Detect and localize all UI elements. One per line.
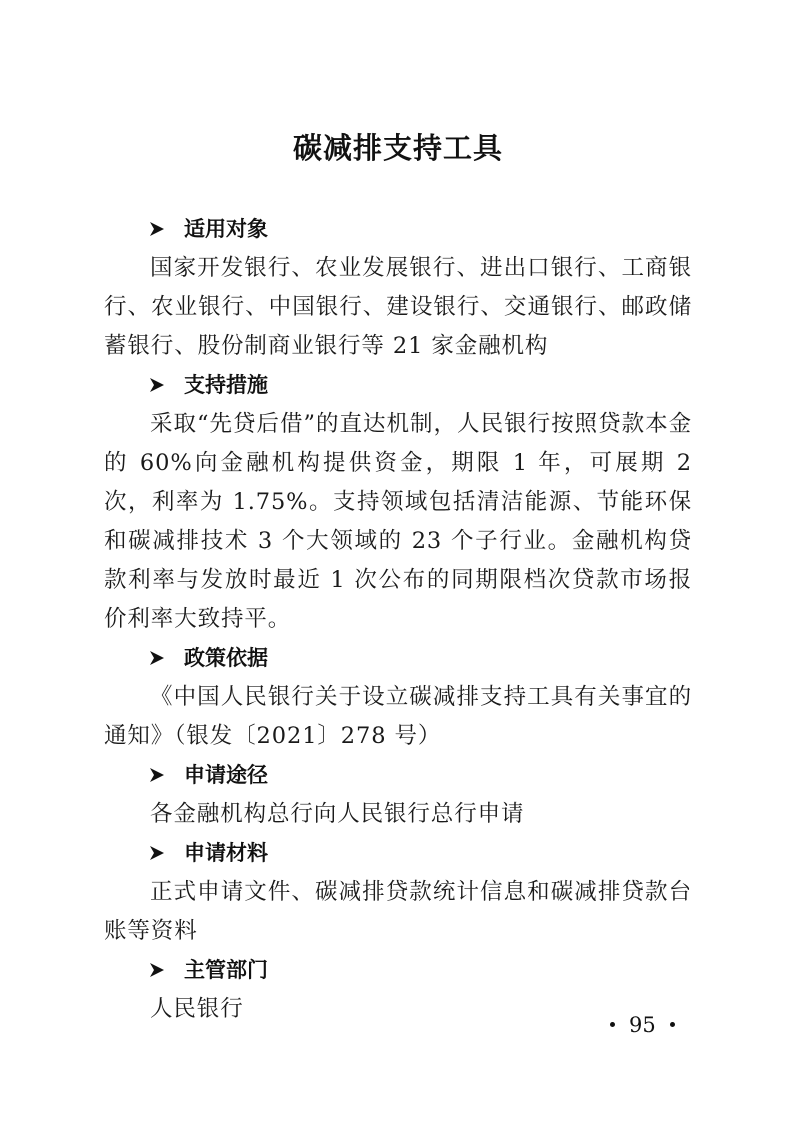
section-heading-text: 支持措施 (184, 373, 268, 397)
section-body: 正式申请文件、碳减排贷款统计信息和碳减排贷款台账等资料 (104, 873, 692, 951)
section-support-measures: 支持措施 采取“先贷后借”的直达机制，人民银行按照贷款本金的 60%向金融机构提… (104, 366, 692, 639)
section-heading: 适用对象 (104, 210, 692, 249)
section-body: 各金融机构总行向人民银行总行申请 (104, 795, 692, 834)
section-application-materials: 申请材料 正式申请文件、碳减排贷款统计信息和碳减排贷款台账等资料 (104, 834, 692, 951)
arrowhead-bullet-icon (150, 768, 164, 782)
arrowhead-bullet-icon (150, 651, 164, 665)
section-applicable-objects: 适用对象 国家开发银行、农业发展银行、进出口银行、工商银行、农业银行、中国银行、… (104, 210, 692, 366)
section-heading: 主管部门 (104, 951, 692, 990)
section-heading-text: 主管部门 (184, 958, 268, 982)
page-number-text: 95 (629, 1013, 656, 1037)
section-heading: 申请途径 (104, 756, 692, 795)
arrowhead-bullet-icon (150, 378, 164, 392)
bullet-dot-icon (670, 1022, 675, 1027)
arrowhead-bullet-icon (150, 222, 164, 236)
section-heading: 申请材料 (104, 834, 692, 873)
page-title: 碳减排支持工具 (104, 126, 692, 170)
bullet-dot-icon (610, 1022, 615, 1027)
section-body: 采取“先贷后借”的直达机制，人民银行按照贷款本金的 60%向金融机构提供资金，期… (104, 405, 692, 639)
section-heading-text: 申请途径 (184, 763, 268, 787)
document-content: 适用对象 国家开发银行、农业发展银行、进出口银行、工商银行、农业银行、中国银行、… (104, 210, 692, 1029)
arrowhead-bullet-icon (150, 846, 164, 860)
section-body: 《中国人民银行关于设立碳减排支持工具有关事宜的通知》（银发〔2021〕278 号… (104, 678, 692, 756)
section-heading: 政策依据 (104, 639, 692, 678)
section-heading-text: 政策依据 (184, 646, 268, 670)
section-heading-text: 适用对象 (184, 217, 268, 241)
section-heading-text: 申请材料 (184, 841, 268, 865)
section-policy-basis: 政策依据 《中国人民银行关于设立碳减排支持工具有关事宜的通知》（银发〔2021〕… (104, 639, 692, 756)
page-number: 95 (596, 1010, 689, 1040)
section-application-channel: 申请途径 各金融机构总行向人民银行总行申请 (104, 756, 692, 834)
arrowhead-bullet-icon (150, 963, 164, 977)
section-body: 国家开发银行、农业发展银行、进出口银行、工商银行、农业银行、中国银行、建设银行、… (104, 249, 692, 366)
section-heading: 支持措施 (104, 366, 692, 405)
